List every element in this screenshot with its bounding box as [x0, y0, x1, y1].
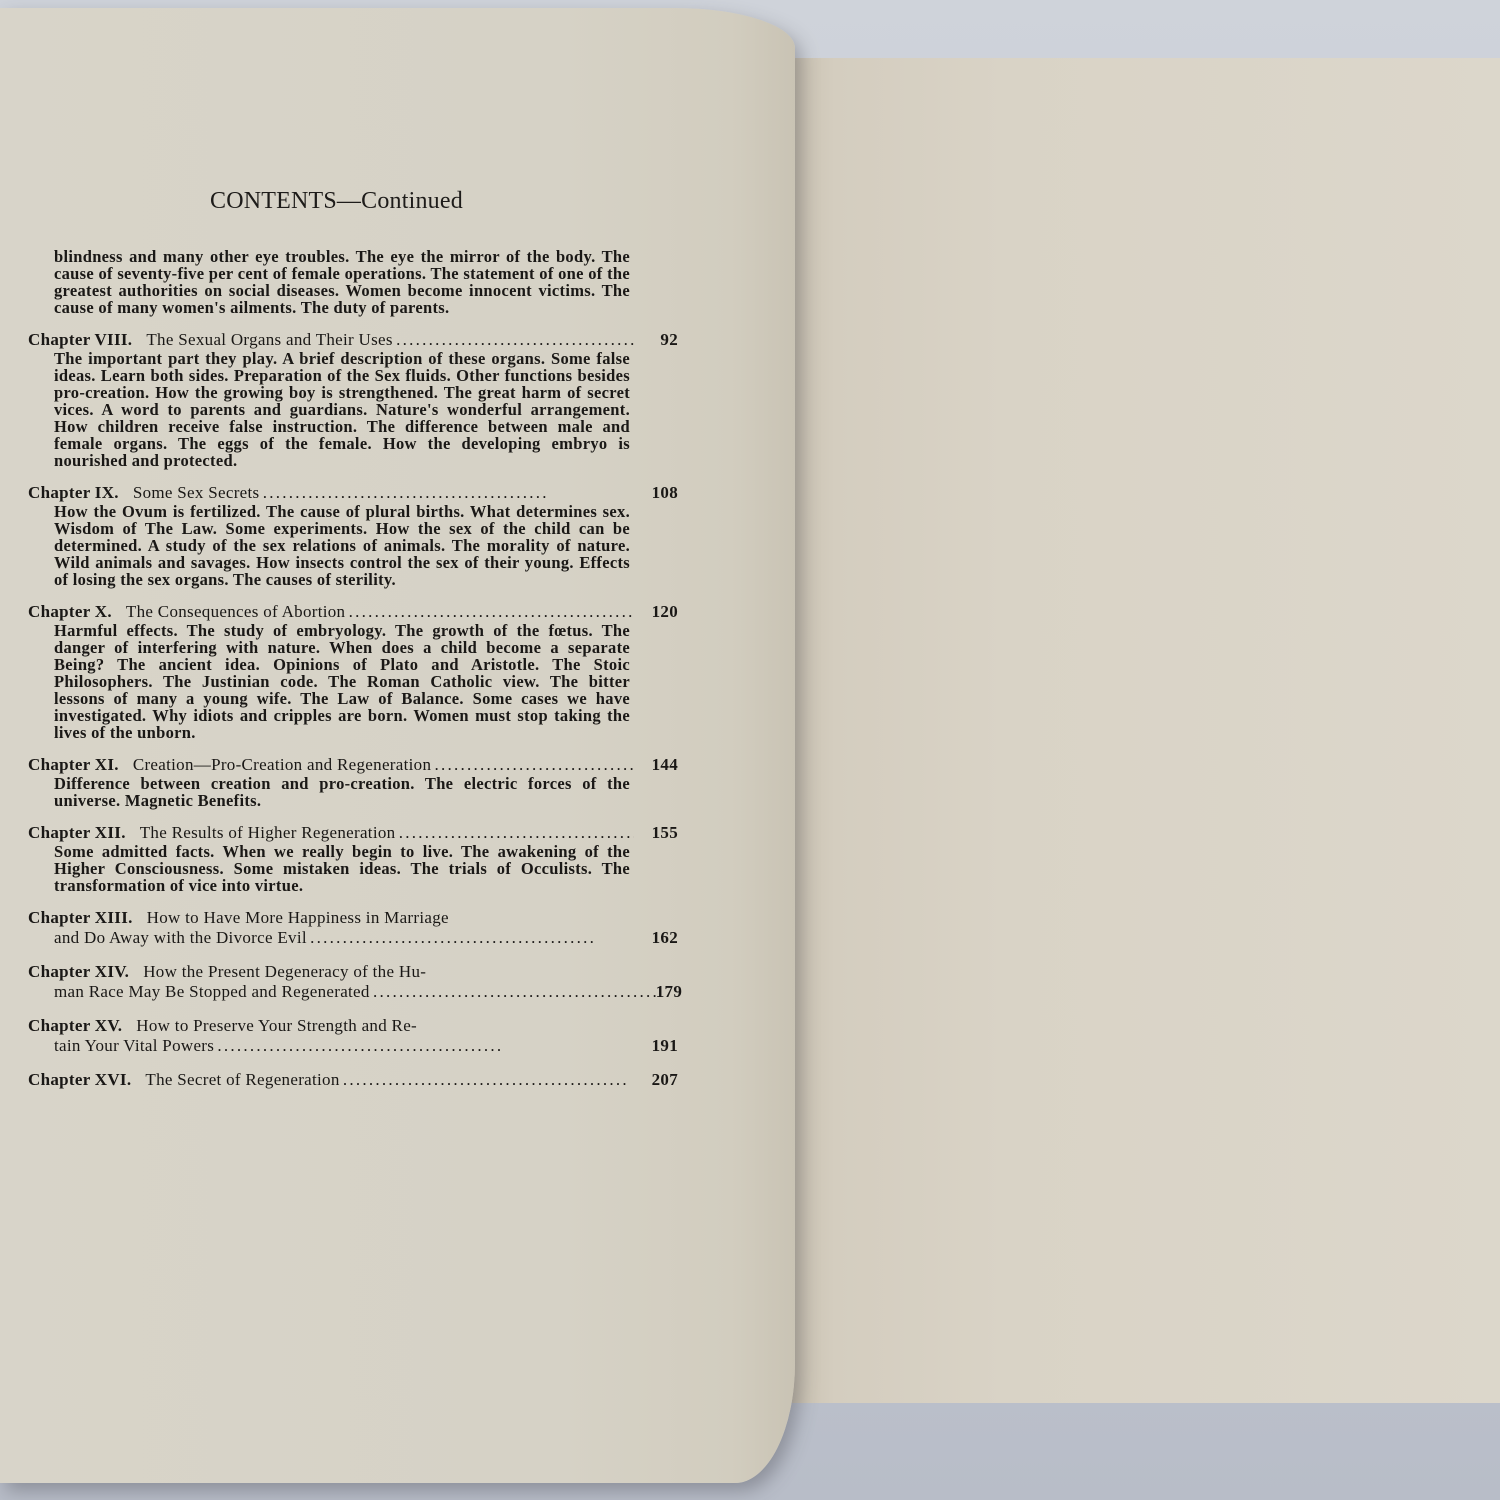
chapter-description: Difference between creation and pro-crea… [54, 775, 630, 809]
chapter-label: Chapter XI. [28, 755, 119, 775]
right-page [792, 58, 1500, 1403]
chapter-title: The Secret of Regeneration [145, 1070, 634, 1090]
chapter-page: 155 [634, 823, 678, 843]
toc-entry-chapter-xii[interactable]: Chapter XII. The Results of Higher Regen… [28, 823, 678, 894]
toc-entry-chapter-xv[interactable]: Chapter XV.How to Preserve Your Strength… [28, 1016, 678, 1056]
chapter-title: Some Sex Secrets [133, 483, 634, 503]
chapter-label: Chapter XII. [28, 823, 126, 843]
chapter-description: The important part they play. A brief de… [54, 350, 630, 469]
chapter-page: 179 [656, 962, 682, 1002]
continued-description: blindness and many other eye troubles. T… [54, 248, 630, 316]
chapter-page: 162 [634, 908, 678, 948]
toc-entry-chapter-ix[interactable]: Chapter IX. Some Sex Secrets 108 How the… [28, 483, 678, 588]
chapter-title: Creation—Pro-Creation and Regeneration [133, 755, 634, 775]
toc-entry-chapter-viii[interactable]: Chapter VIII. The Sexual Organs and Thei… [28, 330, 678, 469]
chapter-description: Some admitted facts. When we really begi… [54, 843, 630, 894]
chapter-title-line1: How the Present Degeneracy of the Hu- [143, 962, 426, 981]
toc-entry-chapter-xiii[interactable]: Chapter XIII.How to Have More Happiness … [28, 908, 678, 948]
chapter-page: 207 [634, 1070, 678, 1090]
chapter-title: The Results of Higher Regeneration [140, 823, 634, 843]
chapter-title: The Consequences of Abortion [126, 602, 634, 622]
chapter-title: The Sexual Organs and Their Uses [146, 330, 634, 350]
chapter-label: Chapter IX. [28, 483, 119, 503]
chapter-title-line1: How to Preserve Your Strength and Re- [136, 1016, 417, 1035]
toc-entry-chapter-xiv[interactable]: Chapter XIV.How the Present Degeneracy o… [28, 962, 678, 1002]
chapter-title-line2: tain Your Vital Powers [28, 1036, 634, 1056]
chapter-label: Chapter X. [28, 602, 112, 622]
chapter-page: 108 [634, 483, 678, 503]
chapter-page: 191 [634, 1016, 678, 1056]
chapter-label: Chapter XIII. [28, 908, 133, 927]
chapter-label: Chapter XIV. [28, 962, 129, 981]
chapter-title-line2: and Do Away with the Divorce Evil [28, 928, 634, 948]
contents-heading: CONTENTS—Continued [210, 188, 510, 215]
left-page: CONTENTS—Continued blindness and many ot… [0, 8, 795, 1483]
chapter-page: 92 [634, 330, 678, 350]
chapter-label: Chapter XVI. [28, 1070, 131, 1090]
chapter-title-line1: How to Have More Happiness in Marriage [147, 908, 449, 927]
chapter-label: Chapter XV. [28, 1016, 122, 1035]
chapter-description: How the Ovum is fertilized. The cause of… [54, 503, 630, 588]
chapter-label: Chapter VIII. [28, 330, 132, 350]
toc-entry-chapter-x[interactable]: Chapter X. The Consequences of Abortion … [28, 602, 678, 741]
toc-entry-chapter-xi[interactable]: Chapter XI. Creation—Pro-Creation and Re… [28, 755, 678, 809]
chapter-title-line2: man Race May Be Stopped and Regenerated [28, 982, 656, 1002]
chapter-description: Harmful effects. The study of embryology… [54, 622, 630, 741]
chapter-page: 120 [634, 602, 678, 622]
table-of-contents: blindness and many other eye troubles. T… [28, 248, 678, 1090]
chapter-page: 144 [634, 755, 678, 775]
toc-entry-chapter-xvi[interactable]: Chapter XVI. The Secret of Regeneration … [28, 1070, 678, 1090]
